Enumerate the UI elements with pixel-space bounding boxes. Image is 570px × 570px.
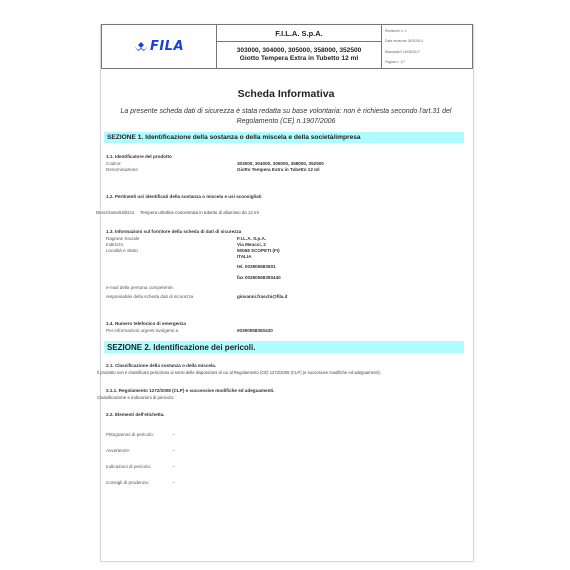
pittogrammi-label: Pittogrammi di pericolo: — [106, 432, 154, 437]
subsection-2-1-1-text: Classificazione e indicazioni di pericol… — [97, 395, 174, 400]
emergency-value: 00390558350430 — [237, 328, 273, 333]
fax-value: fax 00390558350440 — [237, 275, 281, 280]
email-label-1: e-mail della persona competente, — [106, 285, 174, 290]
product-codes: 303000, 304000, 305000, 358000, 352500 — [237, 47, 362, 55]
codice-label: Codice: — [106, 161, 122, 166]
avvertenze-label: Avvertenze: — [106, 448, 130, 453]
subsection-1-4-title: 1.4. Numero telefonico di emergenza — [106, 321, 186, 326]
fila-logo: FILA — [102, 25, 217, 68]
indicazioni-value: -- — [172, 464, 175, 469]
company-name: F.I.L.A. S.p.A. — [217, 25, 381, 42]
tel-value: tel. 003905583501 — [237, 264, 276, 269]
revision-number: Revisione n. 1 — [385, 29, 469, 33]
uso-value: Tempera ultrafine concentrata in tubetto… — [140, 210, 259, 215]
denominazione-value: Giotto Tempera Extra in Tubetto 12 ml — [237, 167, 320, 172]
localita-label: Località e Stato — [106, 248, 138, 253]
revision-info: Revisione n. 1 Data revisione 26/3/2014 … — [382, 25, 472, 68]
document-title: Scheda Informativa — [100, 88, 472, 100]
uso-label: Descrizione/Utilizzo — [96, 210, 134, 215]
section-2-heading: SEZIONE 2. Identificazione dei pericoli. — [104, 341, 464, 353]
denominazione-label: Denominazione — [106, 167, 138, 172]
intro-text: La presente scheda dati di sicurezza è s… — [112, 107, 460, 127]
codice-value: 303000, 304000, 305000, 358000, 352500 — [237, 161, 324, 166]
fila-logo-icon — [134, 42, 148, 51]
indicazioni-label: Indicazioni di pericolo: — [106, 464, 151, 469]
subsection-1-2-title: 1.2. Pertinenti usi identificati della s… — [106, 194, 261, 199]
consigli-value: -- — [172, 480, 175, 485]
document-page — [100, 24, 474, 562]
section-1-heading: SEZIONE 1. Identificazione della sostanz… — [104, 132, 464, 143]
avvertenze-value: -- — [172, 448, 175, 453]
subsection-2-1-text: Il prodotto non è classificato pericolos… — [97, 370, 381, 375]
subsection-2-1-1-title: 2.1.1. Regolamento 1272/2008 (CLP) e suc… — [106, 388, 275, 393]
page-number: Pagina n. 1/7 — [385, 60, 469, 64]
revision-date: Data revisione 26/3/2014 — [385, 39, 469, 43]
subsection-2-1-title: 2.1. Classificazione della sostanza o de… — [106, 363, 216, 368]
localita-value: 50068 SCOPETI (FI) — [237, 248, 280, 253]
subsection-1-3-title: 1.3. Informazioni sul fornitore della sc… — [106, 229, 241, 234]
consigli-label: Consigli di prudenza: — [106, 480, 149, 485]
subsection-2-2-title: 2.2. Elementi dell'etichetta. — [106, 412, 165, 417]
product-name: Giotto Tempera Extra in Tubetto 12 ml — [240, 55, 358, 63]
stato-value: ITALIA — [237, 254, 251, 259]
indirizzo-label: Indirizzo — [106, 242, 123, 247]
indirizzo-value: Via Meucci, 2 — [237, 242, 266, 247]
document-header: FILA F.I.L.A. S.p.A. 303000, 304000, 305… — [101, 24, 473, 69]
logo-text: FILA — [150, 39, 184, 54]
ragione-sociale-label: Ragione Sociale — [106, 236, 139, 241]
print-date: Stampata il 16/03/2017 — [385, 50, 469, 54]
ragione-sociale-value: F.I.L.A. S.p.A. — [237, 236, 266, 241]
email-value[interactable]: giovanni.fraschi@fila.it — [237, 294, 287, 299]
subsection-1-1-title: 1.1. Identificatore del prodotto — [106, 154, 172, 159]
email-label-2: responsabile della scheda dati di sicure… — [106, 294, 193, 299]
pittogrammi-value: -- — [172, 432, 175, 437]
emergency-label: Per informazioni urgenti rivolgersi a — [106, 328, 178, 333]
